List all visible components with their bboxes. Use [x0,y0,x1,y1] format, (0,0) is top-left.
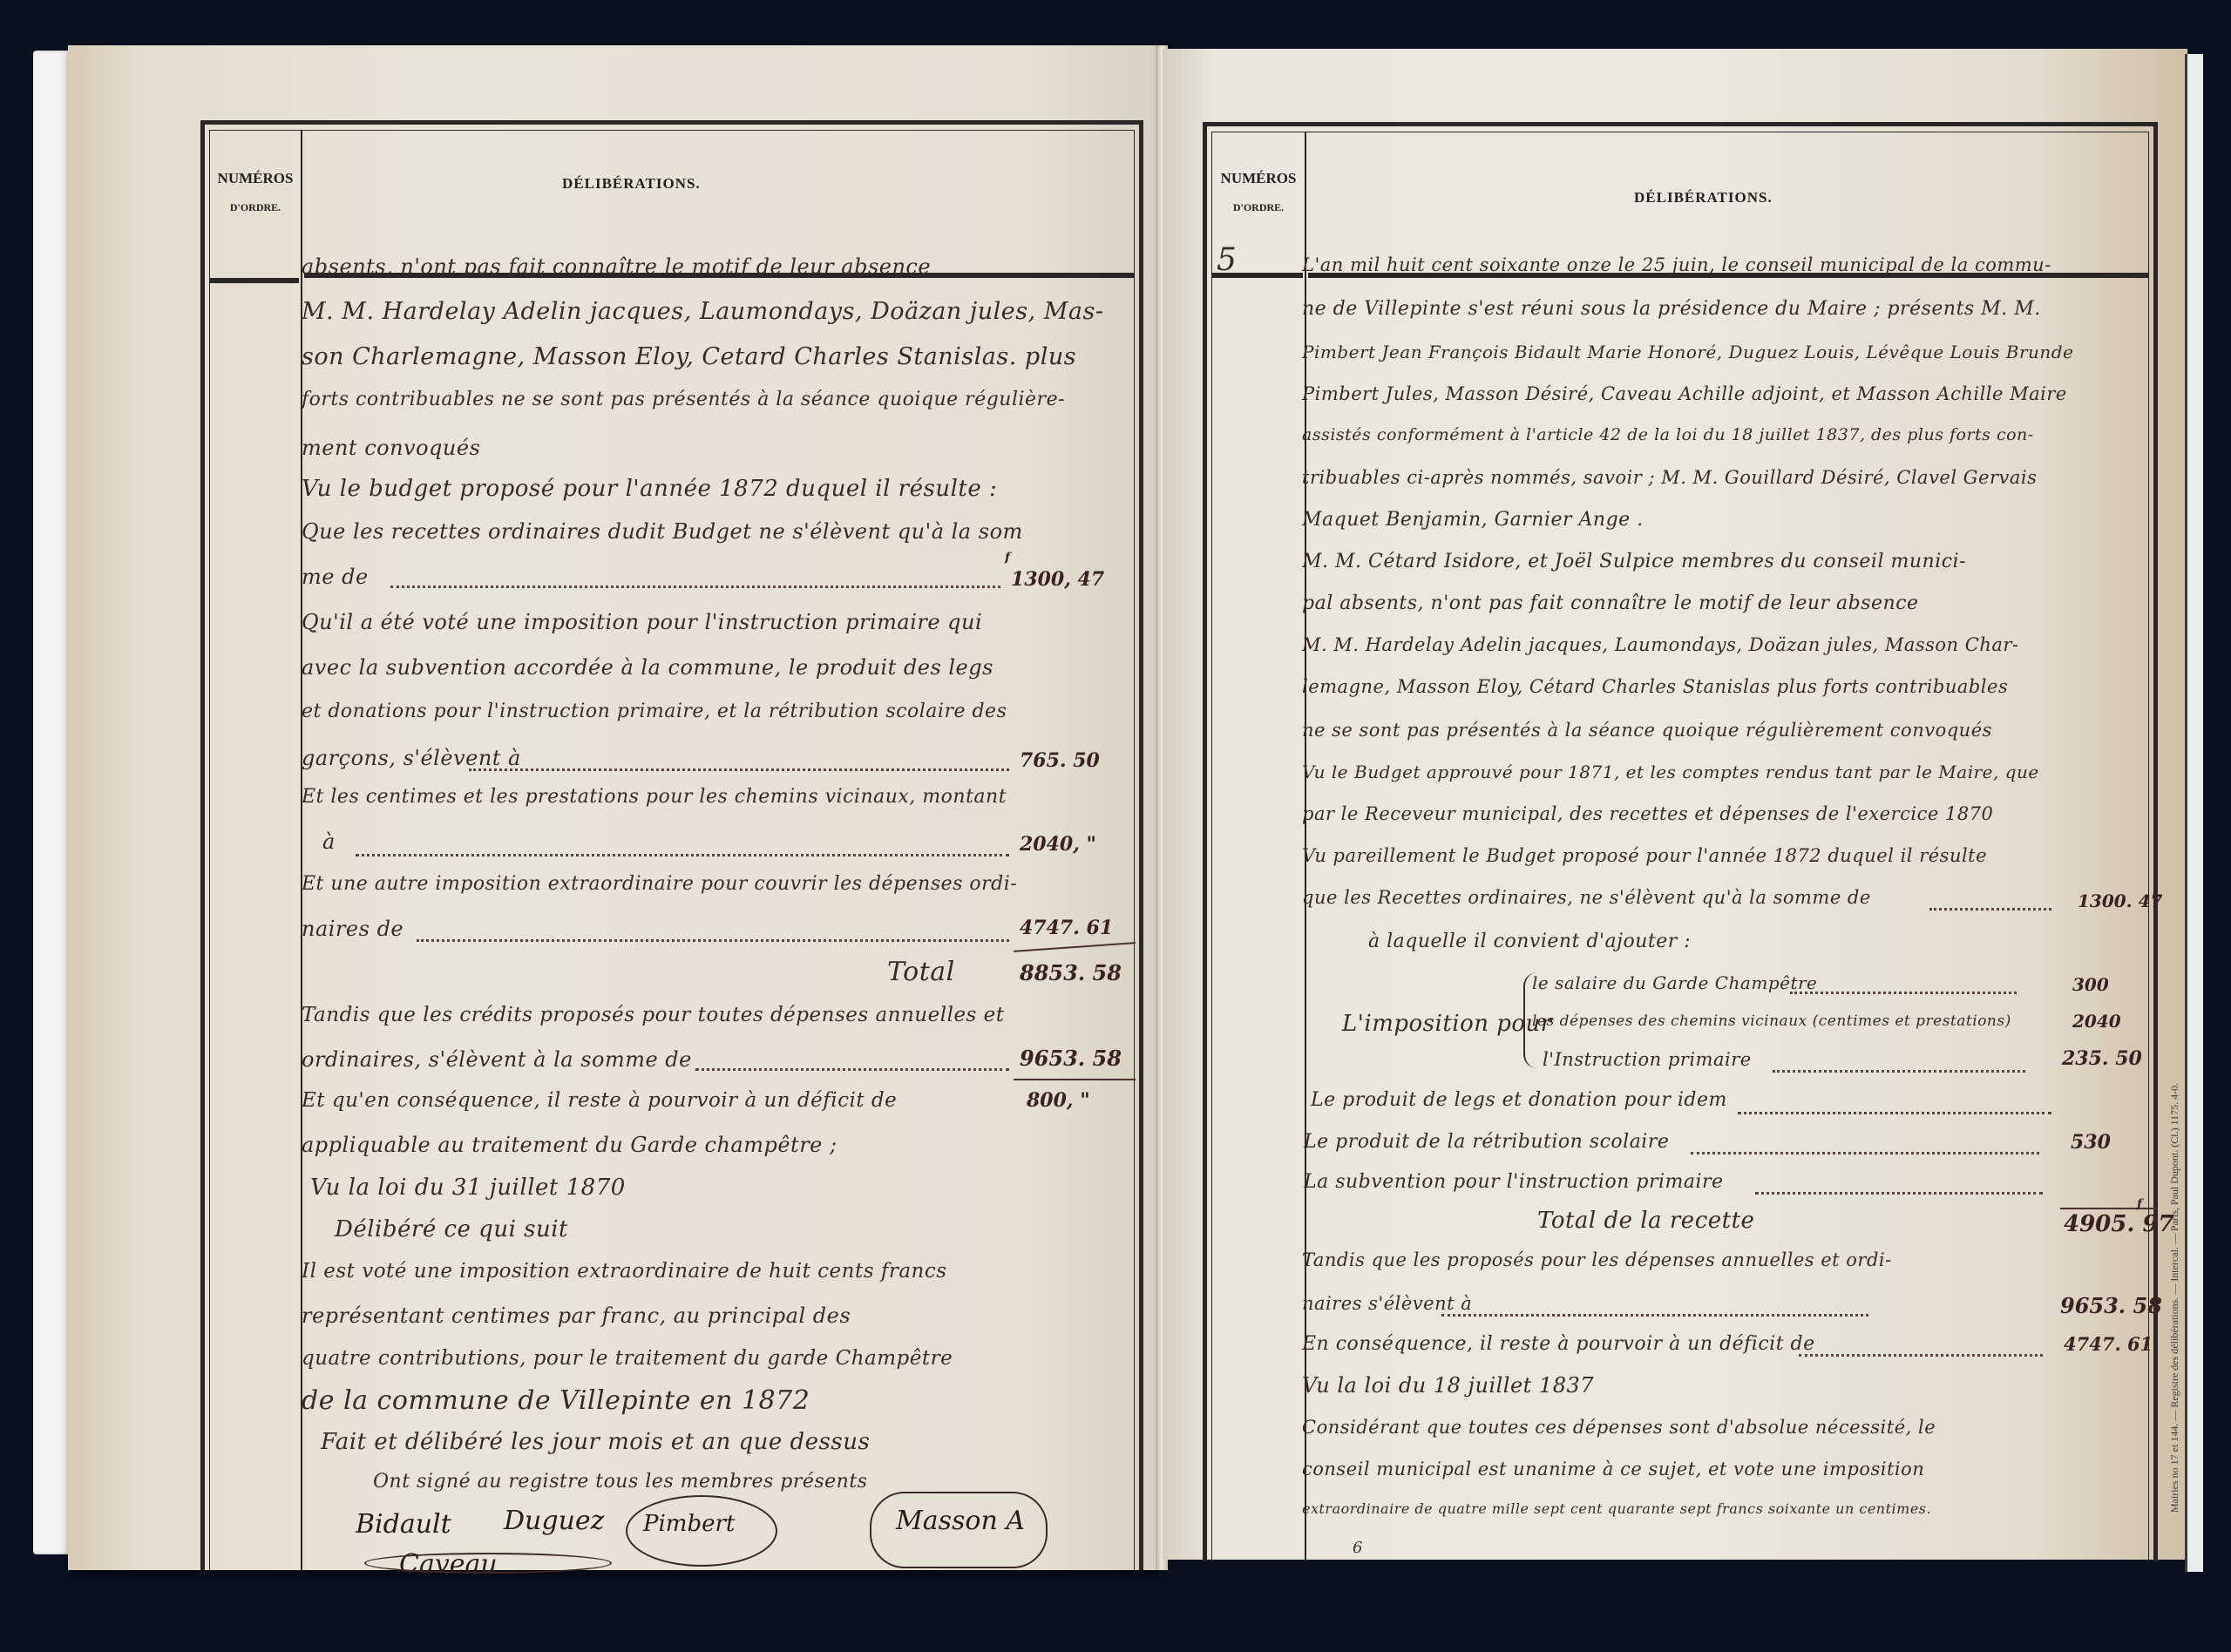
page-number: 6 [1353,1539,1362,1557]
signature: Bidault [356,1509,451,1540]
handwritten-line: et donations pour l'instruction primaire… [302,701,1007,722]
signature-flourish [626,1495,777,1567]
handwritten-line: lemagne, Masson Eloy, Cétard Charles Sta… [1302,676,2008,697]
handwritten-line: Que les recettes ordinaires dudit Budget… [302,519,1023,544]
handwritten-line: En conséquence, il reste à pourvoir à un… [1302,1333,1815,1355]
handwritten-line: Le produit de la rétribution scolaire [1304,1131,1669,1153]
handwritten-line: Fait et délibéré les jour mois et an que… [321,1429,870,1455]
handwritten-line: Maquet Benjamin, Garnier Ange . [1302,509,1644,531]
printer-imprint: Mairies no 17 et 144. — Registre des dél… [2168,1083,2181,1513]
handwritten-line: par le Receveur municipal, des recettes … [1302,803,1993,824]
numeros-dordre-header: NUMÉROS D'ORDRE. [1212,170,1305,214]
right-page: NUMÉROS D'ORDRE. DÉLIBÉRATIONS. 5 L'an m… [1163,49,2187,1560]
amount-depenses: 9653. 58 [2060,1293,2162,1318]
handwritten-line: Tandis que les crédits proposés pour tou… [302,1004,1005,1026]
handwritten-line: représentant centimes par franc, au prin… [302,1303,851,1328]
leader-dots [469,768,1009,771]
handwritten-line: tribuables ci-après nommés, savoir ; M. … [1302,467,2037,488]
deliberations-title: DÉLIBÉRATIONS. [562,175,701,193]
handwritten-line: son Charlemagne, Masson Eloy, Cetard Cha… [302,343,1076,370]
handwritten-line: Et les centimes et les prestations pour … [302,786,1007,808]
leader-dots [1799,1354,2043,1357]
handwritten-line: M. M. Hardelay Adelin jacques, Laumonday… [302,298,1104,325]
total-recette-label: Total de la recette [1537,1208,1754,1234]
handwritten-line: Vu pareillement le Budget proposé pour l… [1302,845,1987,866]
numeros-label: NUMÉROS [210,170,301,187]
amount-total: 8853. 58 [1020,960,1122,985]
currency-mark: f [2137,1197,2142,1211]
handwritten-line: Vu le budget proposé pour l'année 1872 d… [302,476,997,502]
handwritten-line: M. M. Hardelay Adelin jacques, Laumonday… [1302,634,2019,655]
signature-flourish [364,1553,612,1574]
amount-salaire-garde: 300 [2072,974,2109,995]
handwritten-line: les dépenses des chemins vicinaux (centi… [1532,1012,2011,1030]
handwritten-line: que les Recettes ordinaires, ne s'élèven… [1302,887,1871,908]
sum-rule [1014,1079,1136,1080]
left-page: NUMÉROS D'ORDRE. DÉLIBÉRATIONS. absents,… [68,45,1159,1570]
handwritten-line: Pimbert Jean François Bidault Marie Hono… [1302,342,2073,362]
handwritten-line: La subvention pour l'instruction primair… [1304,1171,1724,1193]
leader-dots [356,854,1009,856]
handwritten-line: pal absents, n'ont pas fait connaître le… [1302,592,1919,614]
handwritten-line: assistés conformément à l'article 42 de … [1302,425,2034,444]
amount-recettes-ordinaires: 1300. 47 [2078,890,2162,911]
handwritten-line: Qu'il a été voté une imposition pour l'i… [302,610,982,634]
numeros-dordre-header: NUMÉROS D'ORDRE. [210,170,301,214]
handwritten-line: extraordinaire de quatre mille sept cent… [1302,1500,1931,1517]
handwritten-line: L'an mil huit cent soixante onze le 25 j… [1302,254,2051,275]
handwritten-line: Il est voté une imposition extraordinair… [302,1260,947,1283]
handwritten-line: garçons, s'élèvent à [302,746,521,770]
amount-instruction-primaire: 765. 50 [1020,749,1100,772]
dordre-label: D'ORDRE. [210,201,301,214]
handwritten-line: Et une autre imposition extraordinaire p… [302,873,1017,895]
amount-deficit: 800, " [1027,1089,1090,1112]
amount-chemins-vicinaux: 2040, " [1020,833,1096,856]
leader-dots [1790,992,2017,994]
handwritten-line: Considérant que toutes ces dépenses sont… [1302,1417,1936,1438]
handwritten-line: Ont signé au registre tous les membres p… [373,1471,867,1493]
leader-dots [695,1068,1009,1071]
amount-instruction-primaire: 235. 50 [2062,1047,2142,1070]
signature: Duguez [504,1506,604,1536]
handwritten-line: de la commune de Villepinte en 1872 [302,1385,810,1416]
open-register-book: NUMÉROS D'ORDRE. DÉLIBÉRATIONS. absents,… [33,45,2203,1614]
handwritten-line: me de [302,565,369,589]
leader-dots [1738,1112,2051,1114]
handwritten-line: à [322,829,336,854]
amount-recettes-ordinaires: 1300, 47 [1011,568,1104,591]
currency-mark: f [1005,551,1010,565]
handwritten-line: Et qu'en conséquence, il reste à pourvoi… [302,1089,897,1112]
handwritten-line: L'imposition pour [1342,1011,1552,1037]
amount-total-recette: 4905. 97 [2064,1211,2174,1237]
leader-dots [1691,1152,2039,1154]
leader-dots [390,586,1000,588]
handwritten-line: quatre contributions, pour le traitement… [302,1347,953,1370]
handwritten-line: ment convoqués [302,436,480,460]
handwritten-line: ordinaires, s'élèvent à la somme de [302,1047,692,1072]
handwritten-line: à laquelle il convient d'ajouter : [1368,931,1691,952]
handwritten-line: naires de [302,917,403,941]
total-label: Total [887,957,955,987]
numeros-label: NUMÉROS [1212,170,1305,187]
handwritten-line: naires s'élèvent à [1302,1293,1472,1314]
handwritten-line: l'Instruction primaire [1543,1049,1752,1070]
amount-imposition-extraordinaire: 4747. 61 [1020,917,1113,939]
leader-dots [1755,1192,2043,1195]
handwritten-line: Vu la loi du 31 juillet 1870 [310,1175,626,1201]
handwritten-line: Vu la loi du 18 juillet 1837 [1302,1373,1594,1398]
amount-credits-proposes: 9653. 58 [1020,1046,1122,1071]
handwritten-line: Délibéré ce qui suit [335,1216,568,1242]
leader-dots [417,939,1009,942]
handwritten-line: absents, n'ont pas fait connaître le mot… [302,254,931,279]
amount-retribution-scolaire: 530 [2071,1131,2111,1154]
signature-flourish [870,1492,1048,1568]
handwritten-line: Le produit de legs et donation pour idem [1311,1089,1727,1111]
amount-chemins-vicinaux: 2040 [2072,1011,2121,1032]
leader-dots [1773,1070,2025,1073]
page-edges-right [2185,54,2203,1572]
deliberations-title: DÉLIBÉRATIONS. [1634,189,1773,206]
handwritten-line: Pimbert Jules, Masson Désiré, Caveau Ach… [1302,383,2067,404]
handwritten-line: appliquable au traitement du Garde champ… [302,1133,837,1157]
handwritten-line: Tandis que les proposés pour les dépense… [1302,1249,1892,1270]
handwritten-line: avec la subvention accordée à la commune… [302,655,993,680]
dordre-label: D'ORDRE. [1212,201,1305,214]
leader-dots [1441,1314,1868,1317]
order-number: 5 [1217,242,1237,278]
handwritten-line: conseil municipal est unanime à ce sujet… [1302,1459,1924,1479]
handwritten-line: ne de Villepinte s'est réuni sous la pré… [1302,298,2041,320]
handwritten-line: Vu le Budget approuvé pour 1871, et les … [1302,762,2039,782]
handwritten-line: forts contribuables ne se sont pas prése… [302,389,1065,410]
amount-deficit: 4747. 61 [2064,1333,2153,1355]
leader-dots [1929,908,2051,911]
header-rule [210,278,299,283]
handwritten-line: le salaire du Garde Champêtre [1532,972,1817,993]
handwritten-line: ne se sont pas présentés à la séance quo… [1302,720,1992,741]
handwritten-line: M. M. Cétard Isidore, et Joël Sulpice me… [1302,551,1966,572]
